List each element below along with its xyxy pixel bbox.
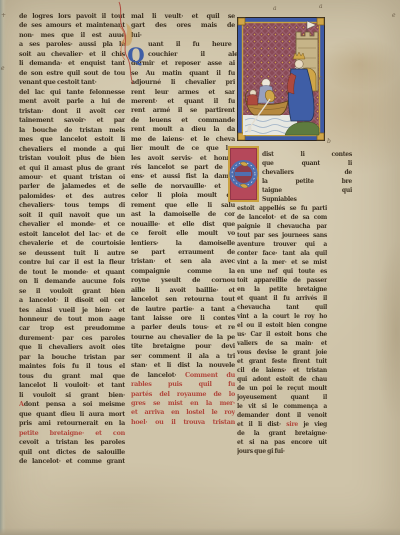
- text-line: chevalerie et de courtoisie: [19, 239, 125, 248]
- text-line: aille li avoit baillie· et: [131, 286, 235, 295]
- text-line: lui·: [131, 31, 235, 40]
- text-line: ce feroit elle moult vo: [131, 229, 235, 238]
- text-line: en une nef qui toute es: [237, 267, 327, 276]
- text-line: soit il quil navoit que un: [19, 211, 125, 220]
- text-line: gart des ores mais de: [131, 21, 235, 30]
- text-line: car trop est preudomme: [19, 324, 125, 333]
- text-line: jours que gi fui·: [237, 447, 327, 456]
- text-line: de tout le monde· et quant: [19, 268, 125, 277]
- text-line: lancelot sen retourna tout: [131, 295, 235, 304]
- text-line: chevaucha tant quil: [237, 303, 327, 312]
- text-line: rables puis quil fu: [131, 380, 235, 389]
- text-line: joyeusement quant il: [237, 393, 327, 402]
- text-line: par la bouche tristan par: [19, 353, 125, 362]
- text-line: a parler deuls tous· et re: [131, 323, 235, 332]
- text-line: compaignie comme la: [131, 267, 235, 276]
- text-line: ser comment il ala a tri: [131, 352, 235, 361]
- text-line: tout par ses journees sans: [237, 231, 327, 240]
- text-line: de un poi le reçut moult: [237, 384, 327, 393]
- text-line: lentiers· la damoiselle: [131, 239, 235, 248]
- text-line: on li demande aucune fois: [19, 277, 125, 286]
- initial-q: Q: [126, 44, 146, 67]
- text-line: rent armé il se partirent: [131, 106, 235, 115]
- margin-mark: c: [319, 76, 322, 82]
- text-line: durement· par ces paroles: [19, 334, 125, 343]
- text-line: royne yseult de cornou: [131, 276, 235, 285]
- text-line: tristan· et sen ala avec: [131, 257, 235, 266]
- page-bottom-edge: [0, 528, 400, 535]
- text-line: paignie il chevaucha par: [237, 222, 327, 231]
- text-line: chevalier el monde· et ce: [19, 220, 125, 229]
- text-line: del lac qui tante felonnesse: [19, 88, 125, 97]
- margin-mark: e: [392, 13, 396, 19]
- text-line: se Au matin quant il fu: [131, 69, 235, 78]
- text-line: se deussent tuit li autre: [19, 249, 125, 258]
- text-line: de lancelot· et comme grant: [19, 457, 125, 466]
- text-line: hoel· ou il trouva tristan: [131, 418, 235, 427]
- text-line: se part erraument de: [131, 248, 235, 257]
- text-line: lier moult de ce que les: [131, 144, 235, 153]
- text-line: me de laiens· et le cheva: [131, 135, 235, 144]
- text-line: vint a la court le roy ho: [237, 312, 327, 321]
- text-line: tainement savoir· et par: [19, 116, 125, 125]
- text-line: en la petite bretaigne: [237, 285, 327, 294]
- text-line: tristan vouloit plus de bien: [19, 154, 125, 163]
- text-line: contre lui car il est la fleur: [19, 258, 125, 267]
- text-line: tes ainsi vueil je bien· et: [19, 306, 125, 315]
- text-line: a lancelot· il disoit oil cer: [19, 296, 125, 305]
- text-line: et il li dist· sire je vieg: [237, 420, 327, 429]
- text-line: ast la damoiselle de cor: [131, 210, 235, 219]
- margin-mark: a: [319, 4, 323, 10]
- text-line: de lancelot· Comment du: [131, 371, 235, 380]
- text-line: tant laisse ore li contes: [131, 314, 235, 323]
- text-line: mes que lancelot estoit li: [19, 135, 125, 144]
- text-line: et quant il fu arrivés il: [237, 294, 327, 303]
- text-line: cevoit a tristan les paroles: [19, 438, 125, 447]
- text-line: de la grant bretaigne·: [237, 429, 327, 438]
- text-line: la bouche de tristan meis: [19, 126, 125, 135]
- text-line: nouaille· et elle dist que: [131, 220, 235, 229]
- text-line: toit appareillie de passer: [237, 276, 327, 285]
- text-line: de lancelot· et de sa com: [237, 213, 327, 222]
- text-line: rent moult a dieu la da: [131, 125, 235, 134]
- text-line: tite bretaigne pour devi: [131, 342, 235, 351]
- text-line: mal li veult· et quil se: [131, 12, 235, 21]
- text-line: aventure trouver qui a: [237, 240, 327, 249]
- text-line: estoit lancelot del lac· et de: [19, 230, 125, 239]
- text-line: dormir et reposer asse ai: [131, 59, 235, 68]
- text-line: selle de norvauille· et la: [131, 182, 235, 191]
- text-line: chevaliers· tous temps di: [19, 201, 125, 210]
- page-left-edge: [0, 0, 6, 535]
- text-line: us· Car il estoit bons che: [237, 330, 327, 339]
- text-line: ment avoit parle a lui de: [19, 97, 125, 106]
- text-line: rés lancelot se part de la: [131, 163, 235, 172]
- text-line: que li chevaliers avoit oies: [19, 343, 125, 352]
- text-line: petite bretaigne· et con: [19, 429, 125, 438]
- margin-mark: a: [273, 6, 277, 12]
- text-line: et si na pas encore uit: [237, 438, 327, 447]
- text-line: Adont pensa a soi meisme: [19, 400, 125, 409]
- text-line: conter face· tant ala quil: [237, 249, 327, 258]
- text-line: tristan· dont il avoit cer: [19, 107, 125, 116]
- text-line: tous du grant mal que: [19, 372, 125, 381]
- text-line: celor li ploia moult du: [131, 191, 235, 200]
- text-line: stan· et li dist la nouvele: [131, 361, 235, 370]
- text-line: et grant feste firent tuit: [237, 357, 327, 366]
- text-line: partés del royaume de lo: [131, 390, 235, 399]
- text-line: quil ont dictes de salouille: [19, 448, 125, 457]
- margin-mark: b: [327, 139, 331, 145]
- miniature-illustration: [237, 17, 325, 141]
- text-line: maintes fois fu il tous el: [19, 362, 125, 371]
- text-line: honneur de tout mon aage: [19, 315, 125, 324]
- text-line: uant il fu heure de: [131, 40, 252, 49]
- text-line: et arriva en lostel le roy: [131, 408, 235, 417]
- initial-e: [228, 146, 259, 202]
- text-line: palomides· et des autres: [19, 192, 125, 201]
- margin-mark: +: [1, 13, 6, 19]
- text-line: de lautre partie· a tant a: [131, 305, 235, 314]
- text-line: amour· et quant tristan oi: [19, 173, 125, 182]
- text-line: pris ami retournerait en la: [19, 419, 125, 428]
- text-line: chevaliers el monde a qui: [19, 145, 125, 154]
- text-line: valiers de sa main· et: [237, 339, 327, 348]
- text-line: vous devise le grant joie: [237, 348, 327, 357]
- text-line: gres se mist en la mer·: [131, 399, 235, 408]
- text-line: le vit si le commença a: [237, 402, 327, 411]
- margin-mark: e: [1, 66, 5, 72]
- text-line: vint a la mer· et se mist: [237, 258, 327, 267]
- text-line: et qui il amast plus de grant: [19, 164, 125, 173]
- text-line: de leuens et commande: [131, 116, 235, 125]
- text-line: lancelot li vouloit· et tant: [19, 381, 125, 390]
- text-line: rent leur armes et sar: [131, 88, 235, 97]
- text-line: qui adont estoit de chau: [237, 375, 327, 384]
- text-line: couchier il alerent: [131, 50, 252, 59]
- text-line: li vouloit si grant bien·: [19, 391, 125, 400]
- text-line: que quant dieu li aura mort: [19, 410, 125, 419]
- manuscript-page: de logres lors pavoit il toutde ses amou…: [0, 0, 400, 535]
- text-line: merent· et quant il fu: [131, 97, 235, 106]
- text-column-2: mal li veult· et quil segart des ores ma…: [131, 12, 235, 427]
- text-line: cil de laiens· et tristan: [237, 366, 327, 375]
- text-line: el ou il estoit bien congne: [237, 321, 327, 330]
- text-line: tourne au chevalier de la pe: [131, 333, 235, 342]
- text-line: se il vouloit grant bien: [19, 287, 125, 296]
- text-line: parler de jalamedes et de: [19, 182, 125, 191]
- text-line: ens· et aussi fist la damoi: [131, 172, 235, 181]
- text-line: adjourné li chevalier pri: [131, 78, 235, 87]
- text-line: estoit appellés se fu parti: [237, 204, 327, 213]
- text-line: rement que elle li salu: [131, 201, 235, 210]
- text-line: demander dont il venoit: [237, 411, 327, 420]
- text-line: les avoit servis· et honno: [131, 154, 235, 163]
